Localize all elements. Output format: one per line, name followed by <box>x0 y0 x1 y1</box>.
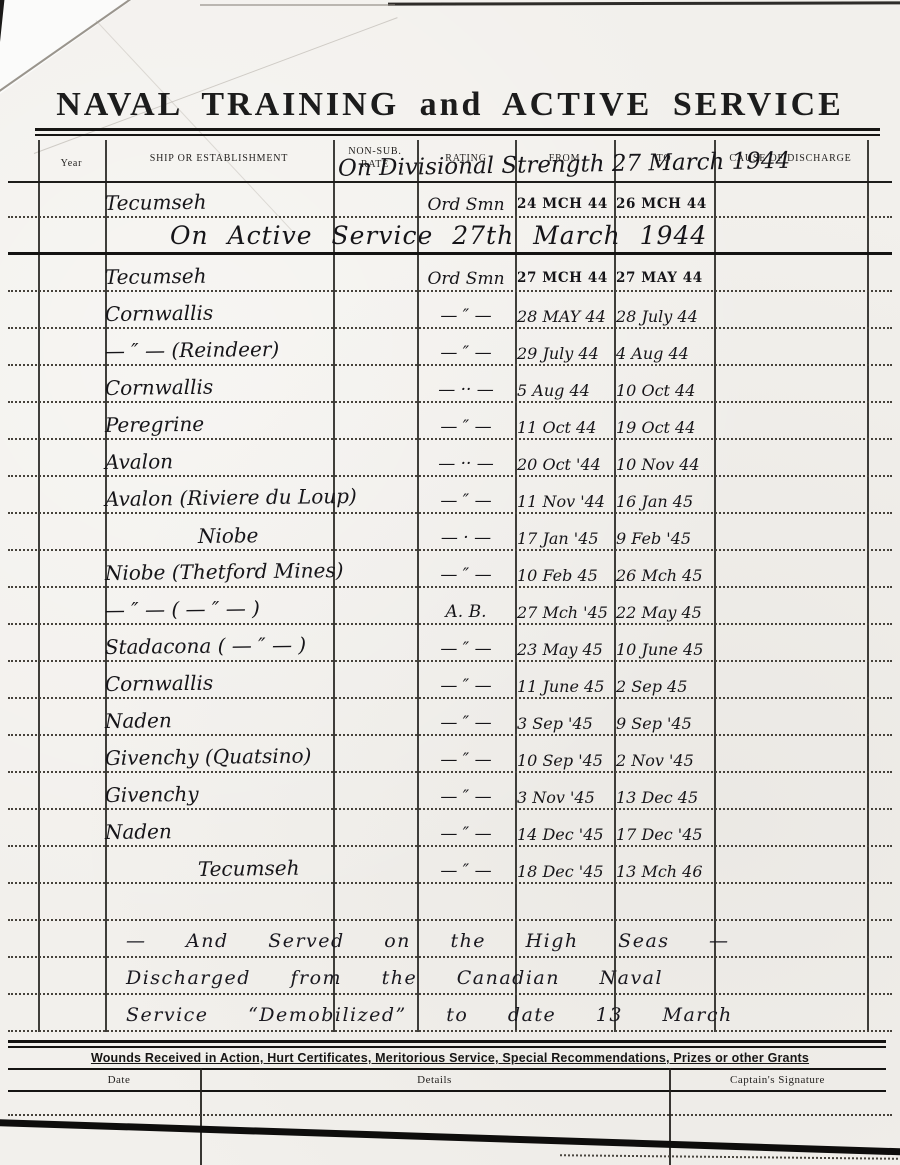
to-date-cell: 13 Mch 46 <box>616 862 720 881</box>
title-rule-bottom <box>35 134 880 136</box>
rating-cell: Ord Smn <box>417 269 515 289</box>
ship-cell: — ″ — ( — ″ — ) <box>105 595 345 622</box>
ship-cell: Givenchy <box>105 780 345 807</box>
rating-cell: — ″ — <box>417 713 515 733</box>
footer-column-date: Date <box>38 1074 200 1086</box>
ship-cell: Tecumseh <box>105 188 345 215</box>
footer-column-divider <box>669 1068 671 1165</box>
to-date-cell: 2 Nov '45 <box>616 751 720 770</box>
rating-cell: Ord Smn <box>417 195 515 215</box>
ship-cell: Stadacona ( — ″ — ) <box>105 632 345 659</box>
ship-cell: Givenchy (Quatsino) <box>105 743 345 770</box>
from-date-cell: 14 Dec '45 <box>517 825 616 844</box>
table-row: Givenchy— ″ —3 Nov '4513 Dec 45 <box>8 773 892 810</box>
table-row: — ″ — (Reindeer)— ″ —29 July 444 Aug 44 <box>8 329 892 366</box>
footer-dotted-line <box>8 1114 892 1116</box>
column-header-ship: SHIP OR ESTABLISHMENT <box>105 153 333 166</box>
closing-note-row: Service “Demobilized” to date 13 March <box>8 995 892 1032</box>
active-service-note: On Active Service 27th March 1944 <box>170 221 707 250</box>
to-date-cell: 22 May 45 <box>616 603 720 622</box>
rating-cell: — ″ — <box>417 491 515 511</box>
from-date-cell: 28 MAY 44 <box>517 307 616 326</box>
scan-top-edge-faint-artifact <box>200 4 395 6</box>
table-row: Givenchy (Quatsino)— ″ —10 Sep '452 Nov … <box>8 736 892 773</box>
footer-column-details: Details <box>200 1074 669 1086</box>
to-date-cell: 2 Sep 45 <box>616 677 720 696</box>
rating-cell: — · — <box>417 528 515 548</box>
table-row: Cornwallis— ″ —11 June 452 Sep 45 <box>8 662 892 699</box>
table-row: TecumsehOrd Smn24 MCH 4426 MCH 44 <box>8 181 892 218</box>
ship-cell: Cornwallis <box>105 373 345 400</box>
rating-cell: — ″ — <box>417 750 515 770</box>
table-row: Naden— ″ —3 Sep '459 Sep '45 <box>8 699 892 736</box>
ship-cell: Tecumseh <box>198 854 438 881</box>
from-date-cell: 18 Dec '45 <box>517 862 616 881</box>
ship-cell: Niobe (Thetford Mines) <box>105 558 345 585</box>
to-date-cell: 9 Feb '45 <box>616 529 720 548</box>
rating-cell: — ″ — <box>417 306 515 326</box>
footer-column-captains-signature: Captain's Signature <box>669 1074 886 1086</box>
to-date-cell: 17 Dec '45 <box>616 825 720 844</box>
closing-note-line: Discharged from the Canadian Naval <box>126 967 663 989</box>
table-row: Stadacona ( — ″ — )— ″ —23 May 4510 June… <box>8 625 892 662</box>
footer-column-divider <box>200 1068 202 1165</box>
rating-cell: — ″ — <box>417 787 515 807</box>
ship-cell: Naden <box>105 817 345 844</box>
footer-banner: Wounds Received in Action, Hurt Certific… <box>0 1051 900 1065</box>
to-date-cell: 16 Jan 45 <box>616 492 720 511</box>
table-row: TecumsehOrd Smn27 MCH 4427 MAY 44 <box>8 255 892 292</box>
table-row: Tecumseh— ″ —18 Dec '4513 Mch 46 <box>8 847 892 884</box>
footer-rule <box>8 1046 886 1048</box>
to-date-cell: 4 Aug 44 <box>616 344 720 363</box>
from-date-cell: 11 Oct 44 <box>517 418 616 437</box>
closing-note-line: — And Served on the High Seas — <box>126 930 730 952</box>
table-row: Cornwallis— ·· —5 Aug 4410 Oct 44 <box>8 366 892 403</box>
from-date-cell: 10 Sep '45 <box>517 751 616 770</box>
footer-rule <box>8 1040 886 1043</box>
table-row: Niobe— · —17 Jan '459 Feb '45 <box>8 514 892 551</box>
from-date-cell: 23 May 45 <box>517 640 616 659</box>
from-date-cell: 17 Jan '45 <box>517 529 616 548</box>
from-date-cell: 11 Nov '44 <box>517 492 616 511</box>
closing-note-row: — And Served on the High Seas — <box>8 921 892 958</box>
from-date-cell: 27 Mch '45 <box>517 603 616 622</box>
table-row: Niobe (Thetford Mines)— ″ —10 Feb 4526 M… <box>8 551 892 588</box>
page-title: NAVAL TRAINING and ACTIVE SERVICE <box>0 86 900 124</box>
from-date-cell: 24 MCH 44 <box>517 196 616 212</box>
footer-rule <box>8 1068 886 1070</box>
table-row: — ″ — ( — ″ — )A. B.27 Mch '4522 May 45 <box>8 588 892 625</box>
rating-cell: — ″ — <box>417 676 515 696</box>
rating-cell: — ·· — <box>417 454 515 474</box>
from-date-cell: 5 Aug 44 <box>517 381 616 400</box>
from-date-cell: 3 Sep '45 <box>517 714 616 733</box>
scanned-naval-record-page: NAVAL TRAINING and ACTIVE SERVICE Year S… <box>0 0 900 1165</box>
column-header-year: Year <box>38 158 105 171</box>
ship-cell: Cornwallis <box>105 669 345 696</box>
table-row: Naden— ″ —14 Dec '4517 Dec '45 <box>8 810 892 847</box>
scan-top-edge-artifact <box>388 1 900 5</box>
ship-cell: Avalon (Riviere du Loup) <box>105 484 345 511</box>
blank-row <box>8 884 892 921</box>
rating-cell: — ″ — <box>417 417 515 437</box>
rating-cell: — ″ — <box>417 639 515 659</box>
rating-cell: — ″ — <box>417 824 515 844</box>
ship-cell: — ″ — (Reindeer) <box>105 336 345 363</box>
from-date-cell: 11 June 45 <box>517 677 616 696</box>
ship-cell: Cornwallis <box>105 299 345 326</box>
ship-cell: Peregrine <box>105 410 345 437</box>
to-date-cell: 19 Oct 44 <box>616 418 720 437</box>
table-row: Peregrine— ″ —11 Oct 4419 Oct 44 <box>8 403 892 440</box>
rating-cell: — ″ — <box>417 565 515 585</box>
page-corner-fold-artifact <box>0 0 132 94</box>
to-date-cell: 10 June 45 <box>616 640 720 659</box>
rating-cell: — ″ — <box>417 343 515 363</box>
table-row: Avalon— ·· —20 Oct '4410 Nov 44 <box>8 440 892 477</box>
rating-cell: A. B. <box>417 602 515 622</box>
rating-cell: — ″ — <box>417 861 515 881</box>
from-date-cell: 20 Oct '44 <box>517 455 616 474</box>
ship-cell: Naden <box>105 706 345 733</box>
closing-note-line: Service “Demobilized” to date 13 March <box>126 1004 733 1026</box>
table-row: Avalon (Riviere du Loup)— ″ —11 Nov '441… <box>8 477 892 514</box>
closing-note-row: Discharged from the Canadian Naval <box>8 958 892 995</box>
footer-rule <box>8 1090 886 1092</box>
scan-bottom-edge-artifact <box>0 1119 900 1156</box>
to-date-cell: 10 Oct 44 <box>616 381 720 400</box>
ship-cell: Niobe <box>198 521 438 548</box>
to-date-cell: 10 Nov 44 <box>616 455 720 474</box>
ship-cell: Tecumseh <box>105 262 345 289</box>
from-date-cell: 3 Nov '45 <box>517 788 616 807</box>
to-date-cell: 26 MCH 44 <box>616 196 720 212</box>
to-date-cell: 28 July 44 <box>616 307 720 326</box>
title-rule-top <box>35 128 880 131</box>
to-date-cell: 9 Sep '45 <box>616 714 720 733</box>
to-date-cell: 26 Mch 45 <box>616 566 720 585</box>
scan-bottom-dotted-artifact <box>560 1154 898 1160</box>
from-date-cell: 10 Feb 45 <box>517 566 616 585</box>
rating-cell: — ·· — <box>417 380 515 400</box>
active-service-note-row: On Active Service 27th March 1944 <box>8 218 892 255</box>
from-date-cell: 29 July 44 <box>517 344 616 363</box>
table-row: Cornwallis— ″ —28 MAY 4428 July 44 <box>8 292 892 329</box>
to-date-cell: 27 MAY 44 <box>616 270 720 286</box>
service-entries: TecumsehOrd Smn24 MCH 4426 MCH 44On Acti… <box>8 181 892 1032</box>
to-date-cell: 13 Dec 45 <box>616 788 720 807</box>
from-date-cell: 27 MCH 44 <box>517 270 616 286</box>
ship-cell: Avalon <box>105 447 345 474</box>
